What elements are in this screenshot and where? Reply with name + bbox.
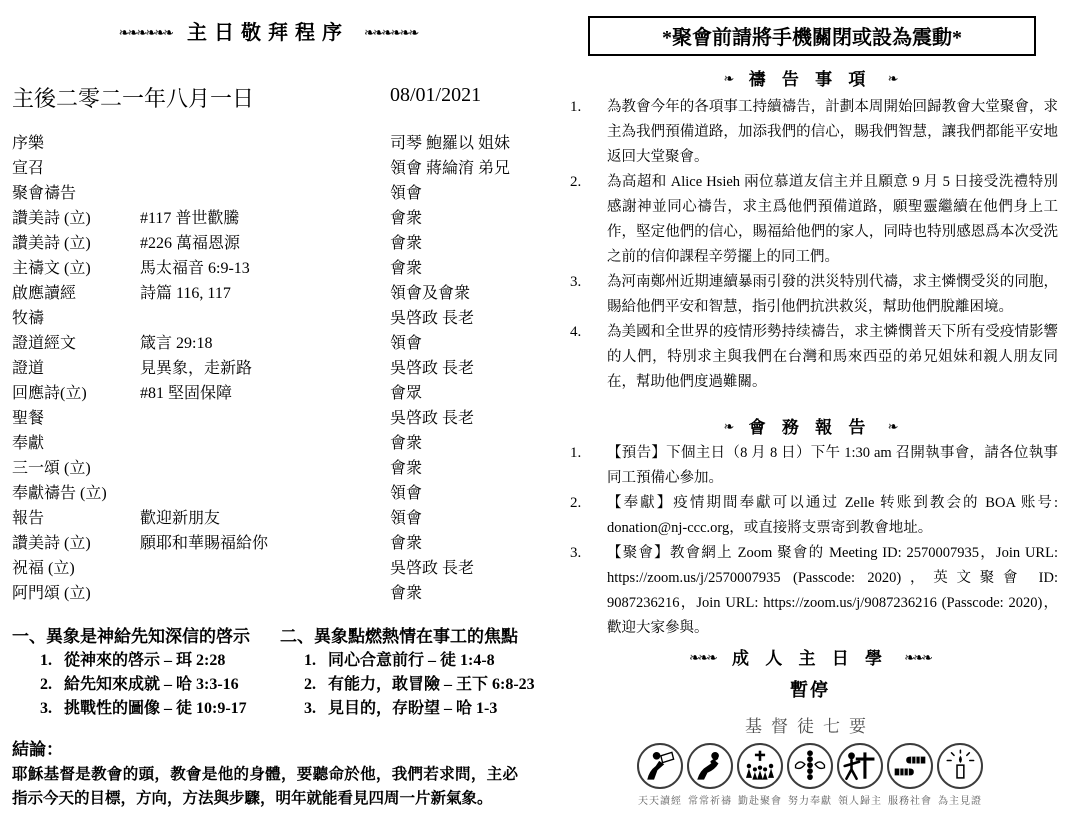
- attend-meetings-icon: [737, 743, 783, 789]
- sunday-school-status: 暫停: [560, 676, 1060, 702]
- conclusion-section: 結論： 耶穌基督是教會的頭，教會是他的身體，要聽命於他，我們若求問，主必指示今天…: [12, 737, 518, 811]
- program-item: 奉獻: [12, 431, 140, 456]
- announcement-item-text: 【奉獻】疫情期間奉獻可以通过 Zelle 转账到教会的 BOA 账号: dona…: [607, 491, 1058, 541]
- outline-item-text: 挑戰性的圖像 – 徒 10:9-17: [64, 697, 247, 721]
- sunday-school-heading: ❧❧❧ 成 人 主 日 學 ❧❧❧: [560, 644, 1060, 669]
- program-row: 報告歡迎新朋友領會: [12, 506, 524, 531]
- prayer-item-text: 為河南鄭州近期連續暴雨引發的洪災特別代禱，求主憐憫受災的同胞，賜給他們平安和智慧…: [607, 270, 1058, 320]
- program-item: 三一頌 (立): [12, 456, 140, 481]
- phone-notice-box: *聚會前請將手機關閉或設為震動*: [588, 16, 1036, 56]
- essential-badge: 領人歸主: [837, 743, 884, 807]
- program-detail: [140, 181, 390, 206]
- sermon-outline-1: 一、異象是神給先知深信的啓示 1.從神來的啓示 – 珥 2:28 2.給先知來成…: [12, 624, 280, 721]
- program-person: 會眾: [390, 381, 524, 406]
- diligent-offering-icon: [787, 743, 833, 789]
- program-row: 證道見異象，走新路吳啓政 長老: [12, 356, 524, 381]
- program-person: 領會: [390, 481, 524, 506]
- program-item: 回應詩(立): [12, 381, 140, 406]
- outline-item: 1.同心合意前行 – 徒 1:4-8: [280, 649, 524, 673]
- program-row: 回應詩(立)#81 堅固保障會眾: [12, 381, 524, 406]
- program-person: 領會: [390, 331, 524, 356]
- program-detail: [140, 156, 390, 181]
- program-item: 聖餐: [12, 406, 140, 431]
- program-row: 主禱文 (立)馬太福音 6:9-13會衆: [12, 256, 524, 281]
- prayer-item: 3.為河南鄭州近期連續暴雨引發的洪災特別代禱，求主憐憫受災的同胞，賜給他們平安和…: [568, 270, 1058, 320]
- scroll-ornament-icon: ❧: [888, 420, 897, 435]
- program-row: 證道經文箴言 29:18領會: [12, 331, 524, 356]
- serve-society-icon: [887, 743, 933, 789]
- page-title: 主日敬拜程序: [187, 22, 349, 44]
- program-detail: [140, 556, 390, 581]
- program-detail: [140, 406, 390, 431]
- program-item: 讚美詩 (立): [12, 206, 140, 231]
- prayer-item-number: 1.: [568, 95, 607, 170]
- program-item: 奉獻禱告 (立): [12, 481, 140, 506]
- program-person: 會衆: [390, 256, 524, 281]
- program-row: 牧禱吳啓政 長老: [12, 306, 524, 331]
- program-detail: [140, 131, 390, 156]
- prayer-item-text: 為美國和全世界的疫情形勢持续禱告，求主憐憫普天下所有受疫情影響的人們，特別求主與…: [607, 320, 1058, 395]
- program-detail: 箴言 29:18: [140, 331, 390, 356]
- outline-item-text: 給先知來成就 – 哈 3:3-16: [64, 673, 239, 697]
- prayer-item-number: 3.: [568, 270, 607, 320]
- announcement-item-number: 2.: [568, 491, 607, 541]
- seven-essentials-title: 基督徒七要: [560, 712, 1060, 737]
- program-person: 會衆: [390, 456, 524, 481]
- announcements-heading-text: 會 務 報 告: [749, 418, 872, 437]
- program-person: 吳啓政 長老: [390, 306, 524, 331]
- program-detail: #117 普世歡騰: [140, 206, 390, 231]
- announcements-section-heading: ❧ 會 務 報 告 ❧: [560, 413, 1060, 438]
- bulletin-page: { "left_page": { "ornament_chain": "❧❧❧❧…: [0, 0, 1072, 814]
- outline-item-number: 1.: [40, 649, 64, 673]
- scroll-ornament-icon: ❧❧❧: [904, 651, 931, 666]
- essential-label: 勤赴聚會: [737, 792, 784, 807]
- sunday-school-heading-text: 成 人 主 日 學: [732, 649, 888, 668]
- essential-badge: 努力奉獻: [787, 743, 834, 807]
- program-row: 讚美詩 (立)#226 萬福恩源會衆: [12, 231, 524, 256]
- worship-program-list: 序樂司琴 鮑羅以 姐妹 宣召領會 蔣綸淯 弟兄 聚會禱告領會 讚美詩 (立)#1…: [12, 131, 524, 606]
- program-person: 吳啓政 長老: [390, 556, 524, 581]
- program-item: 主禱文 (立): [12, 256, 140, 281]
- program-row: 讚美詩 (立)願耶和華賜福給你會衆: [12, 531, 524, 556]
- program-item: 序樂: [12, 131, 140, 156]
- program-row: 阿門頌 (立)會衆: [12, 581, 524, 606]
- essential-label: 常常祈禱: [687, 792, 734, 807]
- essential-badge: 天天讀經: [637, 743, 684, 807]
- essential-label: 為主見證: [937, 792, 984, 807]
- prayer-item-text: 為教會今年的各項事工持續禱告，計劃本周開始回歸教會大堂聚會，求主為我們預備道路，…: [607, 95, 1058, 170]
- outline-item: 1.從神來的啓示 – 珥 2:28: [12, 649, 280, 673]
- outline-item: 3.挑戰性的圖像 – 徒 10:9-17: [12, 697, 280, 721]
- program-item: 聚會禱告: [12, 181, 140, 206]
- seven-essentials-section: 基督徒七要 天天讀經: [560, 712, 1060, 807]
- announcement-item-text: 【聚會】教會網上 Zoom 聚會的 Meeting ID: 2570007935…: [607, 541, 1058, 641]
- announcement-item-number: 1.: [568, 441, 607, 491]
- scroll-ornament-icon: ❧: [723, 420, 732, 435]
- essential-badge: 常常祈禱: [687, 743, 734, 807]
- sermon-outline-2: 二、異象點燃熱情在事工的焦點 1.同心合意前行 – 徒 1:4-8 2.有能力，…: [280, 624, 524, 721]
- prayer-item: 4.為美國和全世界的疫情形勢持续禱告，求主憐憫普天下所有受疫情影響的人們，特別求…: [568, 320, 1058, 395]
- announcement-item: 2.【奉獻】疫情期間奉獻可以通过 Zelle 转账到教会的 BOA 账号: do…: [568, 491, 1058, 541]
- program-detail: [140, 431, 390, 456]
- program-detail: [140, 581, 390, 606]
- outline-item-number: 2.: [304, 673, 328, 697]
- scroll-ornament-icon: ❧❧❧: [689, 651, 716, 666]
- program-detail: [140, 481, 390, 506]
- essential-badge: 為主見證: [937, 743, 984, 807]
- essential-badge: 勤赴聚會: [737, 743, 784, 807]
- outline-item-text: 見目的，存盼望 – 哈 1-3: [328, 697, 497, 721]
- announcement-items-list: 1.【預告】下個主日（8 月 8 日）下午 1:30 am 召開執事會，請各位執…: [568, 441, 1058, 641]
- program-row: 序樂司琴 鮑羅以 姐妹: [12, 131, 524, 156]
- program-detail: [140, 456, 390, 481]
- outline-item: 3.見目的，存盼望 – 哈 1-3: [280, 697, 524, 721]
- program-person: 領會: [390, 181, 524, 206]
- prayer-item-text: 為高超和 Alice Hsieh 兩位慕道友信主并且願意 9 月 5 日接受洗禮…: [607, 170, 1058, 270]
- prayer-items-list: 1.為教會今年的各項事工持續禱告，計劃本周開始回歸教會大堂聚會，求主為我們預備道…: [568, 95, 1058, 395]
- outline-heading: 二、異象點燃熱情在事工的焦點: [280, 624, 524, 649]
- program-row: 讚美詩 (立)#117 普世歡騰會衆: [12, 206, 524, 231]
- program-detail: 馬太福音 6:9-13: [140, 256, 390, 281]
- announcement-item-text: 【預告】下個主日（8 月 8 日）下午 1:30 am 召開執事會，請各位執事同…: [607, 441, 1058, 491]
- prayer-item: 1.為教會今年的各項事工持續禱告，計劃本周開始回歸教會大堂聚會，求主為我們預備道…: [568, 95, 1058, 170]
- program-person: 領會: [390, 506, 524, 531]
- scroll-ornament-icon: ❧: [888, 72, 897, 87]
- program-item: 證道: [12, 356, 140, 381]
- program-detail: 願耶和華賜福給你: [140, 531, 390, 556]
- date-chinese: 主後二零二一年八月一日: [12, 82, 254, 113]
- program-item: 牧禱: [12, 306, 140, 331]
- program-row: 宣召領會 蔣綸淯 弟兄: [12, 156, 524, 181]
- lead-souls-icon: [837, 743, 883, 789]
- program-row: 祝福 (立)吳啓政 長老: [12, 556, 524, 581]
- program-item: 讚美詩 (立): [12, 531, 140, 556]
- program-detail: 歡迎新朋友: [140, 506, 390, 531]
- program-person: 領會及會衆: [390, 281, 524, 306]
- program-person: 會衆: [390, 431, 524, 456]
- outline-item: 2.有能力，敢冒險 – 王下 6:8-23: [280, 673, 524, 697]
- program-person: 領會 蔣綸淯 弟兄: [390, 156, 524, 181]
- program-detail: 見異象，走新路: [140, 356, 390, 381]
- scroll-ornament-icon: ❧❧❧❧❧❧: [364, 26, 417, 41]
- program-item: 證道經文: [12, 331, 140, 356]
- program-person: 司琴 鮑羅以 姐妹: [390, 131, 524, 156]
- program-row: 奉獻會衆: [12, 431, 524, 456]
- program-row: 聖餐吳啓政 長老: [12, 406, 524, 431]
- program-row: 聚會禱告領會: [12, 181, 524, 206]
- announcement-item: 1.【預告】下個主日（8 月 8 日）下午 1:30 am 召開執事會，請各位執…: [568, 441, 1058, 491]
- conclusion-label: 結論：: [12, 737, 518, 763]
- outline-item-text: 同心合意前行 – 徒 1:4-8: [328, 649, 495, 673]
- program-person: 會衆: [390, 581, 524, 606]
- outline-item-number: 1.: [304, 649, 328, 673]
- program-item: 阿門頌 (立): [12, 581, 140, 606]
- program-person: 會衆: [390, 531, 524, 556]
- program-person: 會衆: [390, 206, 524, 231]
- outline-item: 2.給先知來成就 – 哈 3:3-16: [12, 673, 280, 697]
- date-line: 主後二零二一年八月一日 08/01/2021: [12, 82, 524, 110]
- witness-candle-icon: [937, 743, 983, 789]
- date-numeric: 08/01/2021: [390, 84, 481, 107]
- outline-item-number: 3.: [40, 697, 64, 721]
- program-detail: 詩篇 116, 117: [140, 281, 390, 306]
- scroll-ornament-icon: ❧: [723, 72, 732, 87]
- essential-badge: 服務社會: [887, 743, 934, 807]
- seven-essentials-icons-row: 天天讀經 常常祈禱: [560, 743, 1060, 807]
- program-row: 啟應讀經詩篇 116, 117領會及會衆: [12, 281, 524, 306]
- program-item: 啟應讀經: [12, 281, 140, 306]
- program-person: 吳啓政 長老: [390, 356, 524, 381]
- prayer-section-heading: ❧ 禱 告 事 項 ❧: [560, 65, 1060, 90]
- program-detail: #226 萬福恩源: [140, 231, 390, 256]
- essential-label: 努力奉獻: [787, 792, 834, 807]
- essential-label: 領人歸主: [837, 792, 884, 807]
- program-person: 會衆: [390, 231, 524, 256]
- phone-notice-text: *聚會前請將手機關閉或設為震動*: [662, 27, 962, 49]
- frequent-prayer-icon: [687, 743, 733, 789]
- program-item: 祝福 (立): [12, 556, 140, 581]
- program-detail: [140, 306, 390, 331]
- announcement-item: 3.【聚會】教會網上 Zoom 聚會的 Meeting ID: 25700079…: [568, 541, 1058, 641]
- program-row: 三一頌 (立)會衆: [12, 456, 524, 481]
- program-item: 宣召: [12, 156, 140, 181]
- conclusion-text: 耶穌基督是教會的頭，教會是他的身體，要聽命於他，我們若求問，主必指示今天的目標，…: [12, 763, 518, 811]
- outline-item-number: 2.: [40, 673, 64, 697]
- outline-item-text: 從神來的啓示 – 珥 2:28: [64, 649, 225, 673]
- outline-heading: 一、異象是神給先知深信的啓示: [12, 624, 280, 649]
- announcement-item-number: 3.: [568, 541, 607, 641]
- outline-item-text: 有能力，敢冒險 – 王下 6:8-23: [328, 673, 535, 697]
- essential-label: 天天讀經: [637, 792, 684, 807]
- essential-label: 服務社會: [887, 792, 934, 807]
- prayer-item-number: 2.: [568, 170, 607, 270]
- scroll-ornament-icon: ❧❧❧❧❧❧: [119, 26, 172, 41]
- program-item: 報告: [12, 506, 140, 531]
- page-title-row: ❧❧❧❧❧❧ 主日敬拜程序 ❧❧❧❧❧❧: [12, 16, 524, 45]
- prayer-item-number: 4.: [568, 320, 607, 395]
- outline-item-number: 3.: [304, 697, 328, 721]
- program-person: 吳啓政 長老: [390, 406, 524, 431]
- prayer-heading-text: 禱 告 事 項: [749, 70, 872, 89]
- program-detail: #81 堅固保障: [140, 381, 390, 406]
- prayer-item: 2.為高超和 Alice Hsieh 兩位慕道友信主并且願意 9 月 5 日接受…: [568, 170, 1058, 270]
- program-row: 奉獻禱告 (立)領會: [12, 481, 524, 506]
- program-item: 讚美詩 (立): [12, 231, 140, 256]
- daily-bible-reading-icon: [637, 743, 683, 789]
